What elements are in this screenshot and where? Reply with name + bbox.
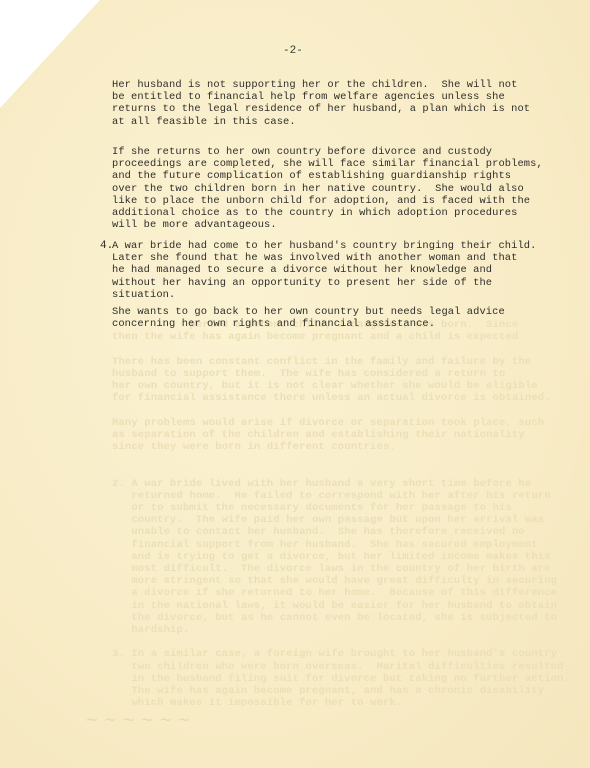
page-number: -2- — [283, 45, 303, 57]
paragraph-2: If she returns to her own country before… — [112, 146, 562, 231]
bleed-through-text: period a second child, a daughter, was b… — [112, 319, 570, 710]
paragraph-4: She wants to go back to her own country … — [112, 306, 562, 330]
paragraph-3: A war bride had come to her husband's co… — [112, 240, 562, 301]
paragraph-1: Her husband is not supporting her or the… — [112, 79, 562, 128]
folded-corner — [0, 0, 100, 108]
handwriting-marks: ~ ~ ~ ~ ~ ~ — [85, 710, 191, 729]
